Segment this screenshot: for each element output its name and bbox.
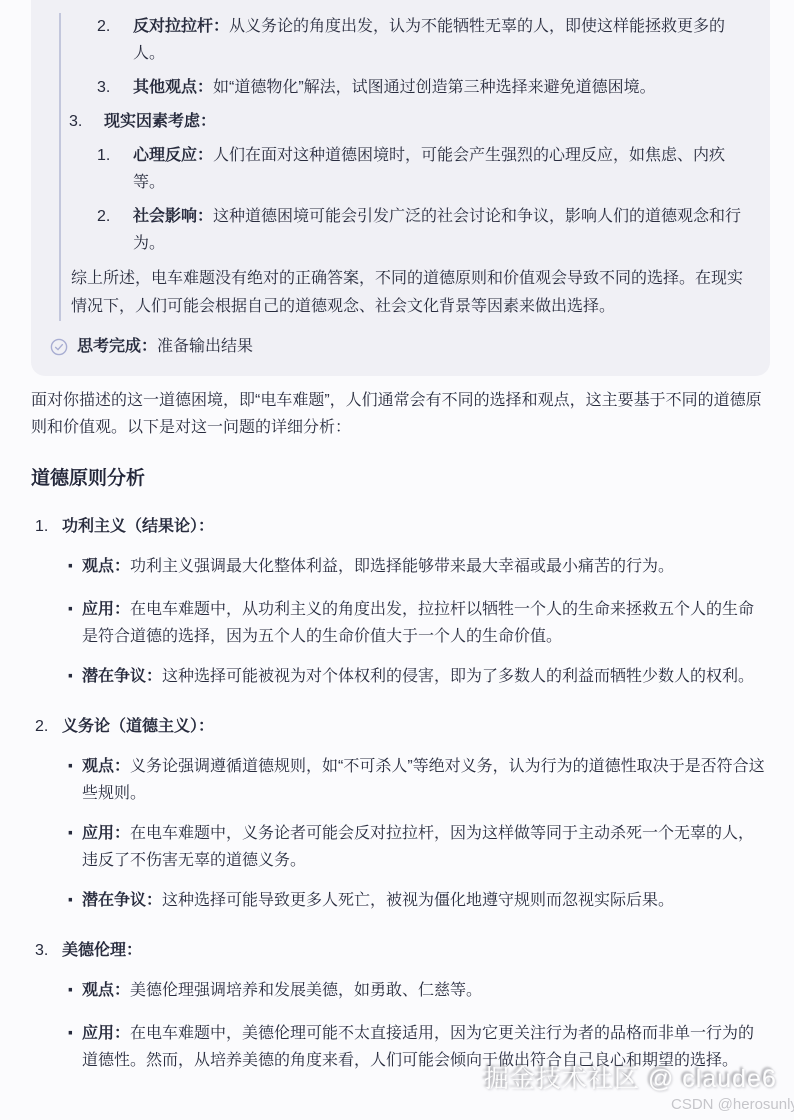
- bullet-label: 观点：: [82, 982, 130, 999]
- analysis-item-title-row: 2. 义务论（道德主义）：: [31, 713, 765, 740]
- analysis-item-title-row: 3. 美德伦理：: [31, 937, 765, 964]
- item-title: 美德伦理：: [62, 937, 142, 964]
- analysis-list: 1. 功利主义（结果论）： 观点：功利主义强调最大化整体利益，即选择能够带来最大…: [31, 513, 765, 1074]
- bullet-label: 应用：: [82, 1025, 130, 1042]
- list-item-title: 心理反应：: [133, 147, 213, 164]
- bullet-body: 观点：功利主义强调最大化整体利益，即选择能够带来最大幸福或最小痛苦的行为。: [82, 553, 765, 583]
- thinking-list-item: 2. 社会影响：这种道德困境可能会引发广泛的社会讨论和争议，影响人们的道德观念和…: [97, 203, 750, 257]
- list-item-number: 2.: [97, 13, 133, 67]
- bullet-item: 观点：功利主义强调最大化整体利益，即选择能够带来最大幸福或最小痛苦的行为。: [67, 553, 765, 583]
- list-item-number: 1.: [97, 142, 133, 196]
- list-item-number: 2.: [97, 203, 133, 257]
- list-item-title: 其他观点：: [133, 79, 213, 96]
- thinking-list: 2. 反对拉拉杆：从义务论的角度出发，认为不能牺牲无辜的人，即使这样能拯救更多的…: [69, 13, 750, 257]
- list-item-body: 其他观点：如“道德物化”解法，试图通过创造第三种选择来避免道德困境。: [133, 74, 750, 101]
- bullet-label: 应用：: [82, 601, 130, 618]
- csdn-watermark: CSDN @herosunly: [671, 1096, 794, 1114]
- bullet-dot-icon: [67, 977, 82, 1007]
- list-item-body: 现实因素考虑：: [104, 108, 750, 135]
- bullet-body: 应用：在电车难题中，从功利主义的角度出发，拉拉杆以牺牲一个人的生命来拯救五个人的…: [82, 596, 765, 650]
- list-item-text: 如“道德物化”解法，试图通过创造第三种选择来避免道德困境。: [213, 79, 656, 96]
- list-item-title: 反对拉拉杆：: [133, 18, 229, 35]
- list-item-body: 反对拉拉杆：从义务论的角度出发，认为不能牺牲无辜的人，即使这样能拯救更多的人。: [133, 13, 750, 67]
- item-number: 1.: [31, 513, 62, 540]
- status-text: 准备输出结果: [157, 333, 253, 360]
- bullet-text: 美德伦理强调培养和发展美德，如勇敢、仁慈等。: [130, 982, 482, 999]
- check-circle-icon: [50, 338, 68, 356]
- bullet-label: 观点：: [82, 558, 130, 575]
- juejin-watermark: 掘金技术社区 @ claude6: [484, 1063, 777, 1095]
- item-number: 2.: [31, 713, 62, 740]
- status-label: 思考完成：: [77, 333, 157, 360]
- bullet-dot-icon: [67, 887, 82, 917]
- bullet-text: 在电车难题中，从功利主义的角度出发，拉拉杆以牺牲一个人的生命来拯救五个人的生命是…: [82, 601, 754, 645]
- bullet-text: 在电车难题中，义务论者可能会反对拉拉杆，因为这样做等同于主动杀死一个无辜的人，违…: [82, 825, 754, 869]
- item-number: 3.: [31, 937, 62, 964]
- bullet-dot-icon: [67, 596, 82, 650]
- bullet-body: 应用：在电车难题中，义务论者可能会反对拉拉杆，因为这样做等同于主动杀死一个无辜的…: [82, 820, 765, 874]
- thinking-thread: 2. 反对拉拉杆：从义务论的角度出发，认为不能牺牲无辜的人，即使这样能拯救更多的…: [59, 13, 750, 321]
- bullet-item: 潜在争议：这种选择可能导致更多人死亡，被视为僵化地遵守规则而忽视实际后果。: [67, 887, 765, 917]
- item-title: 义务论（道德主义）：: [62, 713, 214, 740]
- analysis-item-title-row: 1. 功利主义（结果论）：: [31, 513, 765, 540]
- bullet-item: 应用：在电车难题中，从功利主义的角度出发，拉拉杆以牺牲一个人的生命来拯救五个人的…: [67, 596, 765, 650]
- bullet-label: 应用：: [82, 825, 130, 842]
- bullet-text: 这种选择可能被视为对个体权利的侵害，即为了多数人的利益而牺牲少数人的权利。: [162, 668, 754, 685]
- bullet-body: 观点：义务论强调遵循道德规则，如“不可杀人”等绝对义务，认为行为的道德性取决于是…: [82, 753, 765, 807]
- list-item-number: 3.: [69, 108, 104, 135]
- bullet-body: 观点：美德伦理强调培养和发展美德，如勇敢、仁慈等。: [82, 977, 765, 1007]
- bullet-body: 潜在争议：这种选择可能导致更多人死亡，被视为僵化地遵守规则而忽视实际后果。: [82, 887, 765, 917]
- thinking-summary: 综上所述，电车难题没有绝对的正确答案，不同的道德原则和价值观会导致不同的选择。在…: [71, 265, 750, 321]
- bullet-dot-icon: [67, 553, 82, 583]
- bullet-dot-icon: [67, 1020, 82, 1074]
- bullet-item: 观点：美德伦理强调培养和发展美德，如勇敢、仁慈等。: [67, 977, 765, 1007]
- thinking-list-item: 3. 其他观点：如“道德物化”解法，试图通过创造第三种选择来避免道德困境。: [97, 74, 750, 101]
- analysis-item: 2. 义务论（道德主义）： 观点：义务论强调遵循道德规则，如“不可杀人”等绝对义…: [31, 713, 765, 917]
- thinking-list-item: 3. 现实因素考虑：: [69, 108, 750, 135]
- bullet-item: 应用：在电车难题中，义务论者可能会反对拉拉杆，因为这样做等同于主动杀死一个无辜的…: [67, 820, 765, 874]
- thinking-status-row: 思考完成： 准备输出结果: [50, 333, 750, 360]
- bullet-label: 观点：: [82, 758, 130, 775]
- answer-intro: 面对你描述的这一道德困境，即“电车难题”，人们通常会有不同的选择和观点，这主要基…: [31, 387, 765, 441]
- section-heading: 道德原则分析: [31, 465, 765, 493]
- bullet-text: 义务论强调遵循道德规则，如“不可杀人”等绝对义务，认为行为的道德性取决于是否符合…: [82, 758, 765, 802]
- answer-body: 面对你描述的这一道德困境，即“电车难题”，人们通常会有不同的选择和观点，这主要基…: [31, 387, 765, 1074]
- list-item-body: 社会影响：这种道德困境可能会引发广泛的社会讨论和争议，影响人们的道德观念和行为。: [133, 203, 750, 257]
- bullet-item: 观点：义务论强调遵循道德规则，如“不可杀人”等绝对义务，认为行为的道德性取决于是…: [67, 753, 765, 807]
- bullet-dot-icon: [67, 753, 82, 807]
- bullet-list: 观点：美德伦理强调培养和发展美德，如勇敢、仁慈等。 应用：在电车难题中，美德伦理…: [31, 977, 765, 1074]
- list-item-title: 现实因素考虑：: [104, 113, 216, 130]
- thinking-panel: 2. 反对拉拉杆：从义务论的角度出发，认为不能牺牲无辜的人，即使这样能拯救更多的…: [31, 0, 770, 376]
- thinking-list-item: 1. 心理反应：人们在面对这种道德困境时，可能会产生强烈的心理反应，如焦虑、内疚…: [97, 142, 750, 196]
- bullet-label: 潜在争议：: [82, 668, 162, 685]
- bullet-list: 观点：义务论强调遵循道德规则，如“不可杀人”等绝对义务，认为行为的道德性取决于是…: [31, 753, 765, 917]
- bullet-label: 潜在争议：: [82, 892, 162, 909]
- bullet-text: 这种选择可能导致更多人死亡，被视为僵化地遵守规则而忽视实际后果。: [162, 892, 674, 909]
- bullet-item: 潜在争议：这种选择可能被视为对个体权利的侵害，即为了多数人的利益而牺牲少数人的权…: [67, 663, 765, 693]
- list-item-number: 3.: [97, 74, 133, 101]
- list-item-text: 人们在面对这种道德困境时，可能会产生强烈的心理反应，如焦虑、内疚等。: [133, 147, 725, 191]
- thinking-list-item: 2. 反对拉拉杆：从义务论的角度出发，认为不能牺牲无辜的人，即使这样能拯救更多的…: [97, 13, 750, 67]
- item-title: 功利主义（结果论）：: [62, 513, 214, 540]
- analysis-item: 1. 功利主义（结果论）： 观点：功利主义强调最大化整体利益，即选择能够带来最大…: [31, 513, 765, 693]
- bullet-dot-icon: [67, 663, 82, 693]
- bullet-list: 观点：功利主义强调最大化整体利益，即选择能够带来最大幸福或最小痛苦的行为。 应用…: [31, 553, 765, 693]
- analysis-item: 3. 美德伦理： 观点：美德伦理强调培养和发展美德，如勇敢、仁慈等。 应用：在电…: [31, 937, 765, 1074]
- bullet-dot-icon: [67, 820, 82, 874]
- list-item-title: 社会影响：: [133, 208, 213, 225]
- bullet-body: 潜在争议：这种选择可能被视为对个体权利的侵害，即为了多数人的利益而牺牲少数人的权…: [82, 663, 765, 693]
- list-item-body: 心理反应：人们在面对这种道德困境时，可能会产生强烈的心理反应，如焦虑、内疚等。: [133, 142, 750, 196]
- list-item-text: 这种道德困境可能会引发广泛的社会讨论和争议，影响人们的道德观念和行为。: [133, 208, 741, 252]
- bullet-text: 功利主义强调最大化整体利益，即选择能够带来最大幸福或最小痛苦的行为。: [130, 558, 674, 575]
